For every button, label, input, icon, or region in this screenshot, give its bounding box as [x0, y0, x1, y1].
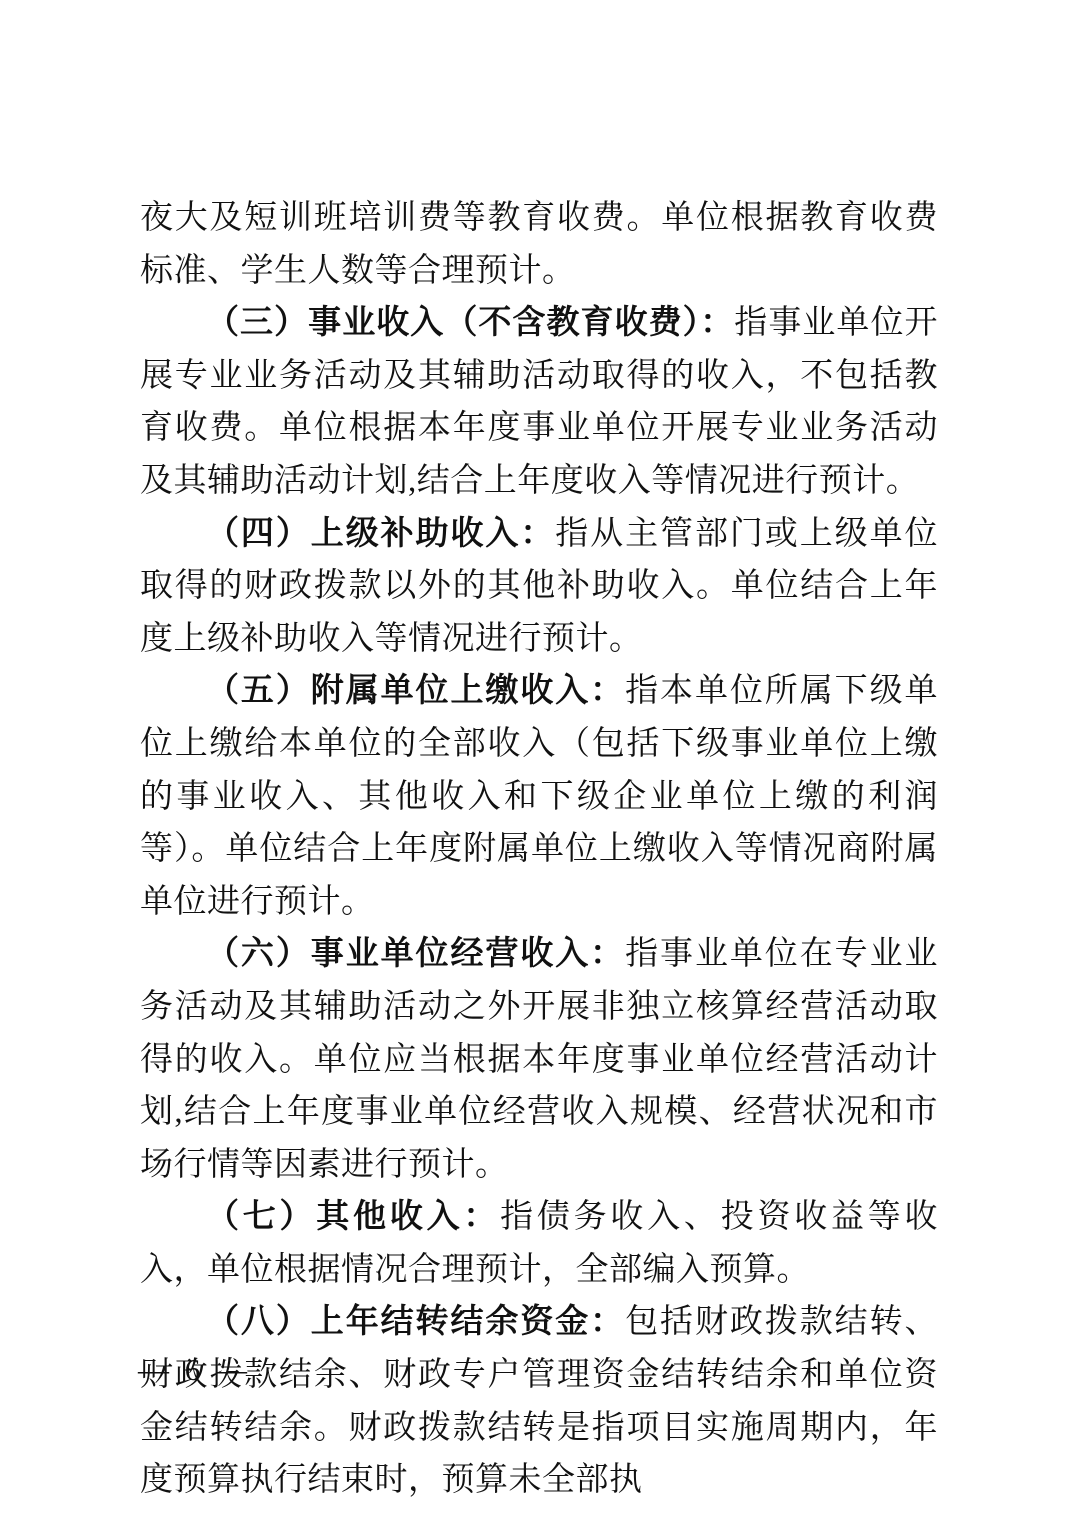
paragraph-item-6: （六）事业单位经营收入：指事业单位在专业业务活动及其辅助活动之外开展非独立核算经… — [140, 928, 938, 1191]
document-text-block: 夜大及短训班培训费等教育收费。单位根据教育收费标准、学生人数等合理预计。 （三）… — [140, 192, 938, 1507]
paragraph-item-4: （四）上级补助收入：指从主管部门或上级单位取得的财政拨款以外的其他补助收入。单位… — [140, 508, 938, 666]
paragraph-head: （六）事业单位经营收入： — [206, 936, 625, 972]
paragraph-head: （五）附属单位上缴收入： — [206, 673, 625, 709]
paragraph-head: （七）其他收入： — [206, 1199, 500, 1235]
paragraph-item-8: （八）上年结转结余资金：包括财政拨款结转、财政拨款结余、财政专户管理资金结转结余… — [140, 1296, 938, 1506]
paragraph-item-7: （七）其他收入：指债务收入、投资收益等收入，单位根据情况合理预计，全部编入预算。 — [140, 1191, 938, 1296]
paragraph-continuation: 夜大及短训班培训费等教育收费。单位根据教育收费标准、学生人数等合理预计。 — [140, 192, 938, 297]
paragraph-text: 夜大及短训班培训费等教育收费。单位根据教育收费标准、学生人数等合理预计。 — [140, 200, 938, 289]
paragraph-text: 指事业单位在专业业务活动及其辅助活动之外开展非独立核算经营活动取得的收入。单位应… — [140, 936, 938, 1182]
page-number: — 6 — — [138, 1352, 251, 1388]
paragraph-text: 指本单位所属下级单位上缴给本单位的全部收入（包括下级事业单位上缴的事业收入、其他… — [140, 673, 938, 919]
paragraph-head: （四）上级补助收入： — [206, 516, 555, 552]
paragraph-item-5: （五）附属单位上缴收入：指本单位所属下级单位上缴给本单位的全部收入（包括下级事业… — [140, 665, 938, 928]
paragraph-head: （三）事业收入（不含教育收费）： — [206, 305, 734, 341]
document-page: 夜大及短训班培训费等教育收费。单位根据教育收费标准、学生人数等合理预计。 （三）… — [0, 0, 1074, 1520]
paragraph-head: （八）上年结转结余资金： — [206, 1304, 625, 1340]
paragraph-item-3: （三）事业收入（不含教育收费）：指事业单位开展专业业务活动及其辅助活动取得的收入… — [140, 297, 938, 507]
